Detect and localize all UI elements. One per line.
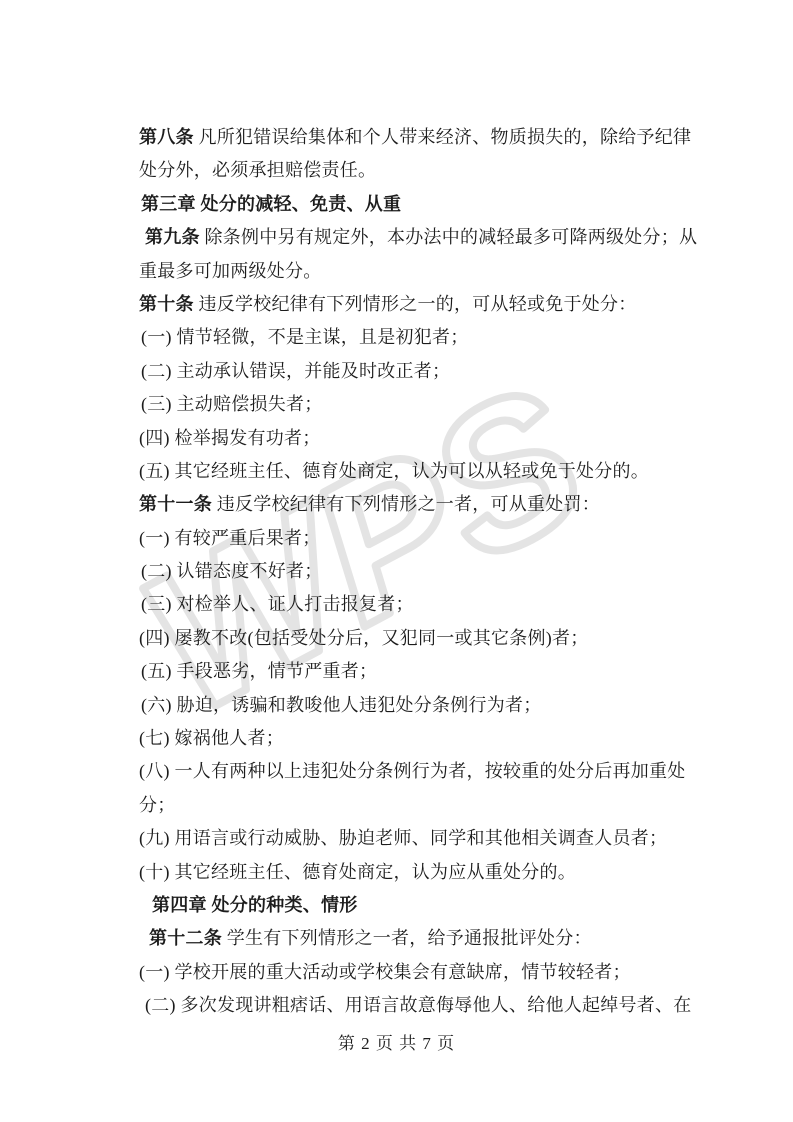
bold-text-run: 第三章 处分的减轻、免责、从重	[141, 194, 401, 214]
text-line: 第十一条 违反学校纪律有下列情形之一者，可从重处罚：	[139, 488, 693, 521]
text-line: 第八条 凡所犯错误给集体和个人带来经济、物质损失的，除给予纪律	[139, 121, 693, 154]
text-line: (十) 其它经班主任、德育处商定，认为应从重处分的。	[139, 856, 693, 889]
text-line: (一) 学校开展的重大活动或学校集会有意缺席，情节较轻者；	[139, 956, 693, 989]
bold-text-run: 第十条	[139, 294, 199, 314]
page-number-footer: 第 2 页 共 7 页	[0, 1029, 793, 1054]
text-run: 分；	[139, 795, 176, 815]
text-run: (一) 有较严重后果者；	[139, 528, 321, 548]
text-run: (五) 其它经班主任、德育处商定，认为可以从轻或免于处分的。	[139, 461, 649, 481]
bold-text-run: 第八条	[139, 127, 199, 147]
text-line: (一) 有较严重后果者；	[139, 522, 693, 555]
document-body: 第八条 凡所犯错误给集体和个人带来经济、物质损失的，除给予纪律处分外，必须承担赔…	[139, 121, 693, 1023]
text-line: (三) 主动赔偿损失者；	[139, 388, 693, 421]
text-run: (四) 检举揭发有功者；	[139, 428, 321, 448]
text-run: (七) 嫁祸他人者；	[139, 728, 284, 748]
document-page: WPS 第八条 凡所犯错误给集体和个人带来经济、物质损失的，除给予纪律处分外，必…	[0, 0, 793, 1122]
text-line: (六) 胁迫，诱骗和教唆他人违犯处分条例行为者；	[139, 689, 693, 722]
text-line: 第十条 违反学校纪律有下列情形之一的，可从轻或免于处分：	[139, 288, 693, 321]
text-run: (三) 对检举人、证人打击报复者；	[141, 594, 414, 614]
text-line: 第四章 处分的种类、情形	[139, 889, 693, 922]
text-run: (三) 主动赔偿损失者；	[141, 394, 323, 414]
text-run: (九) 用语言或行动威胁、胁迫老师、同学和其他相关调查人员者；	[139, 828, 667, 848]
text-line: (七) 嫁祸他人者；	[139, 722, 693, 755]
text-run: 凡所犯错误给集体和个人带来经济、物质损失的，除给予纪律	[199, 127, 692, 147]
text-line: 第九条 除条例中另有规定外，本办法中的减轻最多可降两级处分；从	[139, 221, 693, 254]
text-run: (二) 多次发现讲粗痞话、用语言故意侮辱他人、给他人起绰号者、在	[145, 995, 692, 1015]
text-line: (九) 用语言或行动威胁、胁迫老师、同学和其他相关调查人员者；	[139, 822, 693, 855]
text-line: (八) 一人有两种以上违犯处分条例行为者，按较重的处分后再加重处	[139, 755, 693, 788]
text-run: (二) 认错态度不好者；	[141, 561, 323, 581]
text-line: 分；	[139, 789, 693, 822]
text-run: 违反学校纪律有下列情形之一的，可从轻或免于处分：	[199, 294, 637, 314]
text-line: 重最多可加两级处分。	[139, 255, 693, 288]
text-run: (六) 胁迫，诱骗和教唆他人违犯处分条例行为者；	[141, 695, 542, 715]
text-run: 处分外，必须承担赔偿责任。	[139, 160, 376, 180]
text-line: (五) 手段恶劣，情节严重者；	[139, 655, 693, 688]
text-line: (二) 认错态度不好者；	[139, 555, 693, 588]
text-line: (五) 其它经班主任、德育处商定，认为可以从轻或免于处分的。	[139, 455, 693, 488]
text-run: (五) 手段恶劣，情节严重者；	[141, 661, 377, 681]
text-line: 处分外，必须承担赔偿责任。	[139, 154, 693, 187]
bold-text-run: 第九条	[145, 227, 205, 247]
text-line: (二) 主动承认错误，并能及时改正者；	[139, 355, 693, 388]
text-line: 第十二条 学生有下列情形之一者，给予通报批评处分：	[139, 922, 693, 955]
text-run: 违反学校纪律有下列情形之一者，可从重处罚：	[217, 494, 600, 514]
text-run: (四) 屡教不改(包括受处分后，又犯同一或其它条例)者；	[139, 628, 588, 648]
text-line: (四) 屡教不改(包括受处分后，又犯同一或其它条例)者；	[139, 622, 693, 655]
text-run: 重最多可加两级处分。	[139, 261, 322, 281]
text-line: (一) 情节轻微，不是主谋，且是初犯者；	[139, 321, 693, 354]
bold-text-run: 第四章 处分的种类、情形	[152, 895, 358, 915]
text-run: 除条例中另有规定外，本办法中的减轻最多可降两级处分；从	[205, 227, 698, 247]
text-run: (八) 一人有两种以上违犯处分条例行为者，按较重的处分后再加重处	[139, 761, 686, 781]
text-line: (二) 多次发现讲粗痞话、用语言故意侮辱他人、给他人起绰号者、在	[139, 989, 693, 1022]
text-line: (四) 检举揭发有功者；	[139, 422, 693, 455]
text-run: (二) 主动承认错误，并能及时改正者；	[141, 361, 450, 381]
text-run: (十) 其它经班主任、德育处商定，认为应从重处分的。	[139, 862, 576, 882]
text-run: (一) 学校开展的重大活动或学校集会有意缺席，情节较轻者；	[139, 962, 631, 982]
bold-text-run: 第十二条	[149, 928, 227, 948]
text-line: 第三章 处分的减轻、免责、从重	[139, 188, 693, 221]
text-run: 学生有下列情形之一者，给予通报批评处分：	[227, 928, 592, 948]
text-run: (一) 情节轻微，不是主谋，且是初犯者；	[141, 327, 469, 347]
text-line: (三) 对检举人、证人打击报复者；	[139, 588, 693, 621]
bold-text-run: 第十一条	[139, 494, 217, 514]
